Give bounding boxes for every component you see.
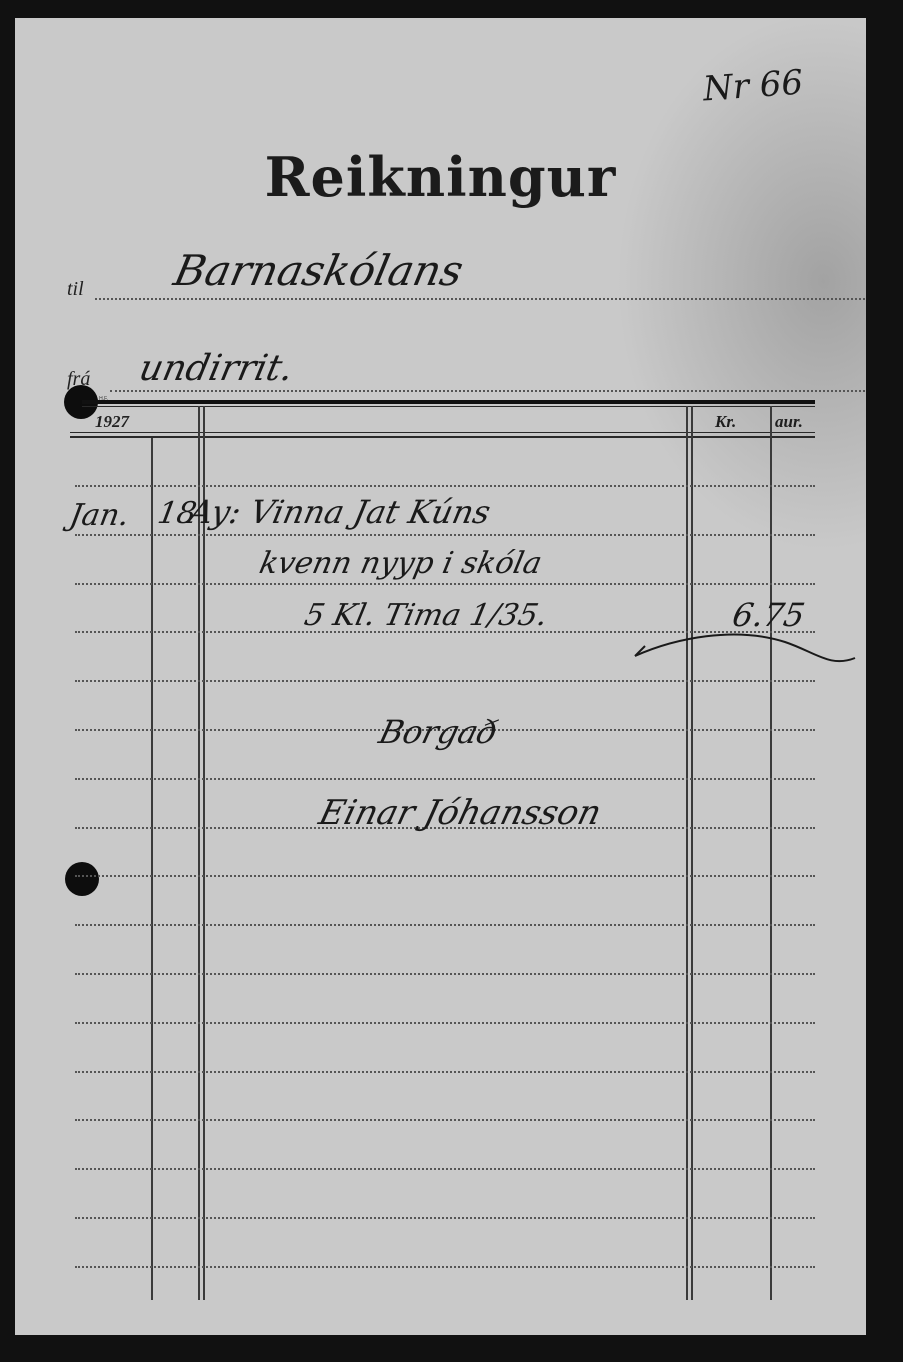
- punch-hole-bottom: [65, 862, 99, 896]
- ledger-row-line: [75, 1071, 815, 1073]
- header-top-rule: [82, 400, 815, 404]
- header-bottom-rule-2: [70, 436, 815, 438]
- kr-header: Kr.: [715, 412, 736, 432]
- column-divider-date: [151, 438, 153, 1300]
- amount-flourish-icon: [615, 628, 865, 688]
- ledger-row-line: [75, 534, 815, 536]
- paid-label: Borgað: [375, 713, 501, 751]
- til-value: Barnaskólans: [170, 246, 468, 295]
- ledger-row-line: [75, 1022, 815, 1024]
- column-divider-text-left: [198, 406, 200, 1300]
- fra-value: undirrit.: [136, 348, 297, 389]
- year-label: 1927: [95, 412, 129, 432]
- til-label: til: [67, 278, 84, 301]
- til-line: [95, 298, 865, 300]
- invoice-number: Nr 66: [702, 63, 805, 110]
- ledger-row-line: [75, 973, 815, 975]
- document-title: Reikningur: [15, 145, 866, 209]
- ledger-row-line: [75, 1119, 815, 1121]
- ledger-row-line: [75, 1266, 815, 1268]
- column-divider-kr-left: [686, 406, 688, 1300]
- fra-line: [110, 390, 865, 392]
- ledger-row-line: [75, 485, 815, 487]
- entry-line-1: Ay: Vinna Jat Kúns: [186, 493, 494, 531]
- ledger-row-line: [75, 924, 815, 926]
- entry-month: Jan.: [67, 498, 132, 533]
- ledger-row-line: [75, 1217, 815, 1219]
- column-divider-aur: [770, 406, 772, 1300]
- column-divider-text-left-2: [203, 406, 205, 1300]
- ledger-row-line: [75, 778, 815, 780]
- ledger-row-line: [75, 583, 815, 585]
- column-divider-kr-left-2: [691, 406, 693, 1300]
- entry-line-2: kvenn nyyp i skóla: [256, 546, 545, 581]
- signature: Einar Jóhansson: [315, 793, 605, 833]
- ledger-row-line: [75, 1168, 815, 1170]
- header-bottom-rule: [70, 432, 815, 433]
- header-top-thin-rule: [82, 406, 815, 407]
- ledger-row-line: [75, 875, 815, 877]
- aur-header: aur.: [775, 412, 803, 432]
- entry-line-3: 5 Kl. Tima 1/35.: [301, 598, 551, 633]
- invoice-paper: Nr 66 Reikningur til Barnaskólans frá un…: [15, 18, 866, 1335]
